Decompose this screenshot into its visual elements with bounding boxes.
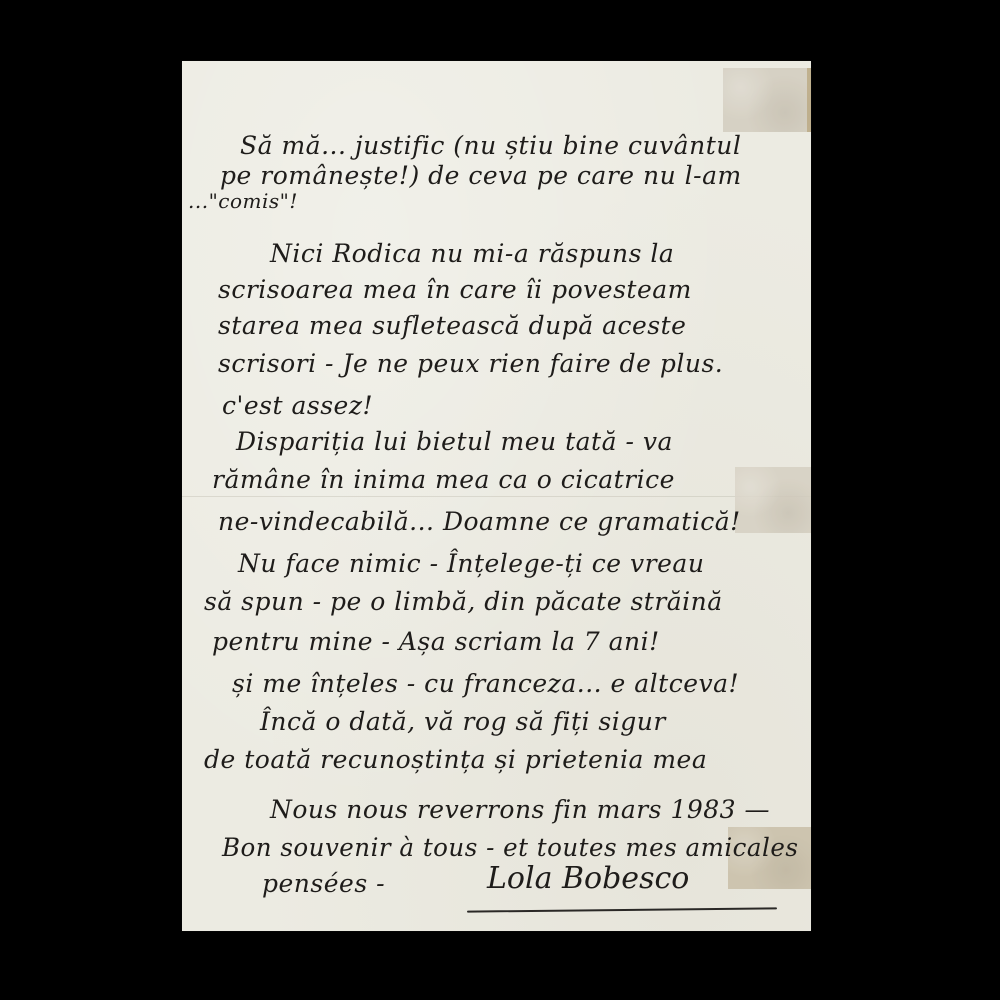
letter-line: Încă o dată, vă rog să fiți sigur — [260, 707, 666, 736]
letter-line: să spun - pe o limbă, din păcate străină — [204, 587, 723, 616]
paper-fold — [182, 496, 811, 497]
signature-underline — [467, 907, 777, 912]
letter-line: scrisori - Je ne peux rien faire de plus… — [218, 349, 723, 378]
letter-line: ne-vindecabilă... Doamne ce gramatică! — [218, 507, 741, 536]
letter-line: de toată recunoștința și prietenia mea — [204, 745, 707, 774]
letter-line: ..."comis"! — [188, 189, 298, 213]
tape-patch-top — [723, 68, 811, 132]
letter-line: și me înțeles - cu franceza... e altceva… — [232, 669, 739, 698]
letter-line: Bon souvenir à tous - et toutes mes amic… — [222, 833, 798, 862]
letter-line: pensées - — [262, 869, 385, 898]
letter-paper: Să mă... justific (nu știu bine cuvântul… — [182, 61, 811, 931]
letter-line: Nu face nimic - Înțelege-ți ce vreau — [238, 549, 704, 578]
letter-line: Să mă... justific (nu știu bine cuvântul — [240, 131, 741, 160]
letter-line: scrisoarea mea în care îi povesteam — [218, 275, 692, 304]
letter-line: Nous nous reverrons fin mars 1983 — — [270, 795, 770, 824]
letter-line: c'est assez! — [222, 391, 373, 420]
letter-line: pe românește!) de ceva pe care nu l-am — [220, 161, 742, 190]
letter-line: Nici Rodica nu mi-a răspuns la — [270, 239, 674, 268]
letter-line: starea mea sufletească după aceste — [218, 311, 686, 340]
signature: Lola Bobesco — [487, 861, 689, 896]
letter-line: Dispariția lui bietul meu tată - va — [236, 427, 673, 456]
tape-patch-middle — [735, 467, 811, 533]
letter-line: pentru mine - Așa scriam la 7 ani! — [212, 627, 660, 656]
letter-line: rămâne în inima mea ca o cicatrice — [212, 465, 675, 494]
